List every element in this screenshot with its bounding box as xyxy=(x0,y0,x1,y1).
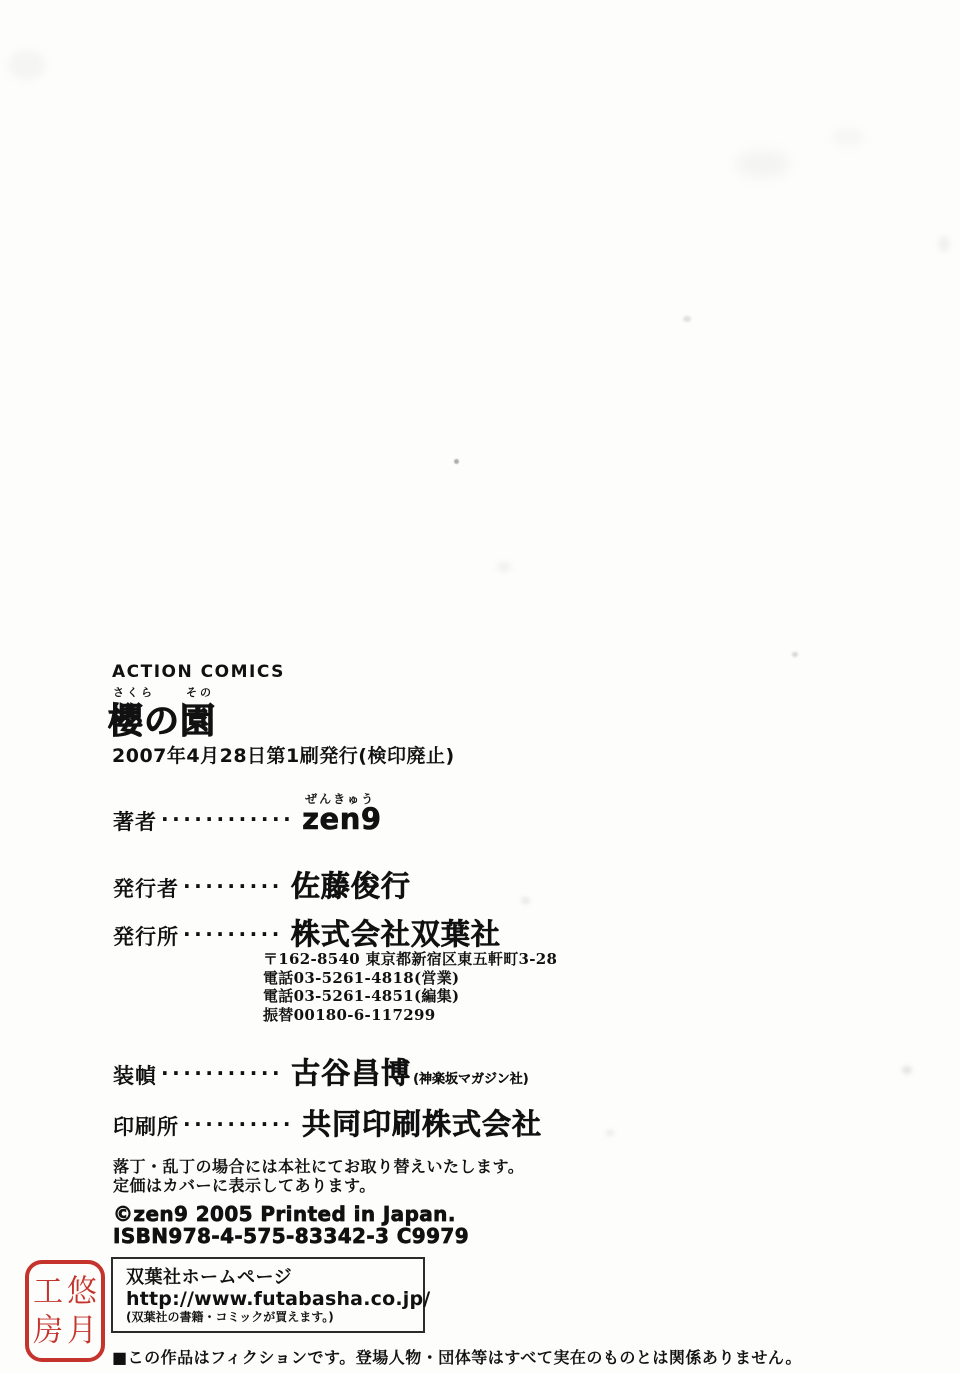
print-edition-line: 2007年4月28日第1刷発行(検印廃止) xyxy=(112,741,455,768)
scan-speck xyxy=(902,1066,912,1074)
scan-speck xyxy=(683,316,691,322)
postal-transfer: 振替00180-6-117299 xyxy=(263,1006,557,1025)
stamp-char: 月 xyxy=(67,1315,97,1347)
designer-name: 古谷昌博 xyxy=(291,1051,411,1092)
scan-speck xyxy=(832,128,864,146)
leader-dots: ········· xyxy=(183,874,283,898)
publishing-house-name: 株式会社双葉社 xyxy=(291,912,501,953)
fiction-disclaimer: ■この作品はフィクションです。登場人物・団体等はすべて実在のものとは関係ありませ… xyxy=(112,1345,802,1368)
leader-dots: ············ xyxy=(161,807,294,831)
book-title: 櫻の園 xyxy=(108,694,216,744)
scan-speck xyxy=(736,150,790,178)
publisher-homepage-box: 双葉社ホームページ http://www.futabasha.co.jp/ (双… xyxy=(111,1257,425,1333)
scan-speck xyxy=(938,236,950,252)
credit-label: 著者 xyxy=(113,806,157,836)
credit-row-author: 著者 ············ ぜんきゅうzen9 xyxy=(113,802,382,836)
credit-row-publishing-house: 発行所 ········· 株式会社双葉社 xyxy=(113,912,501,953)
printer-name: 共同印刷株式会社 xyxy=(302,1102,542,1143)
credit-label: 印刷所 xyxy=(113,1111,179,1141)
leader-dots: ·········· xyxy=(183,1112,294,1136)
scan-speck xyxy=(454,459,459,464)
publisher-person-name: 佐藤俊行 xyxy=(291,864,411,905)
credit-row-publisher-person: 発行者 ········· 佐藤俊行 xyxy=(113,864,411,905)
scanlation-group-stamp: 工 房 悠 月 xyxy=(25,1260,105,1362)
homepage-url: http://www.futabasha.co.jp/ xyxy=(126,1288,423,1310)
publisher-address-block: 〒162-8540 東京都新宿区東五軒町3-28 電話03-5261-4818(… xyxy=(263,950,557,1024)
copyright-line: ©zen9 2005 Printed in Japan. xyxy=(113,1204,469,1226)
homepage-note: (双葉社の書籍・コミックが買えます。) xyxy=(126,1310,423,1325)
postal-address: 〒162-8540 東京都新宿区東五軒町3-28 xyxy=(263,950,557,969)
isbn-line: ISBN978-4-575-83342-3 C9979 xyxy=(113,1226,469,1248)
stamp-char: 悠 xyxy=(67,1276,97,1308)
author-furigana: ぜんきゅう xyxy=(305,790,375,807)
phone-editorial: 電話03-5261-4851(編集) xyxy=(263,987,557,1006)
defect-replacement-note: 落丁・乱丁の場合には本社にてお取り替えいたします。 xyxy=(113,1157,524,1176)
colophon-page: ACTION COMICS さくら その 櫻の園 2007年4月28日第1刷発行… xyxy=(0,0,960,1373)
stamp-right-column: 悠 月 xyxy=(67,1276,97,1346)
scan-speck xyxy=(792,652,798,657)
phone-sales: 電話03-5261-4818(営業) xyxy=(263,969,557,988)
credit-row-printer: 印刷所 ·········· 共同印刷株式会社 xyxy=(113,1102,542,1143)
scan-speck xyxy=(606,1130,614,1136)
stamp-left-column: 工 房 xyxy=(33,1276,63,1346)
leader-dots: ··········· xyxy=(161,1061,283,1085)
scan-speck xyxy=(521,897,530,904)
leader-dots: ········· xyxy=(183,922,283,946)
credit-label: 発行所 xyxy=(113,921,179,951)
stamp-char: 房 xyxy=(33,1315,63,1347)
credit-label: 発行者 xyxy=(113,873,179,903)
scan-speck xyxy=(497,562,511,572)
scan-speck xyxy=(8,50,46,80)
designer-affiliation: (神楽坂マガジン社) xyxy=(413,1068,529,1087)
stamp-char: 工 xyxy=(33,1276,63,1308)
price-note: 定価はカバーに表示してあります。 xyxy=(113,1176,524,1195)
legal-block: ©zen9 2005 Printed in Japan. ISBN978-4-5… xyxy=(113,1204,469,1247)
replacement-notes: 落丁・乱丁の場合には本社にてお取り替えいたします。 定価はカバーに表示してありま… xyxy=(113,1157,524,1195)
credit-row-designer: 装幀 ··········· 古谷昌博 (神楽坂マガジン社) xyxy=(113,1051,529,1092)
credit-label: 装幀 xyxy=(113,1060,157,1090)
homepage-box-title: 双葉社ホームページ xyxy=(126,1267,423,1288)
author-name: ぜんきゅうzen9 xyxy=(302,802,381,836)
imprint-line: ACTION COMICS xyxy=(112,662,285,682)
